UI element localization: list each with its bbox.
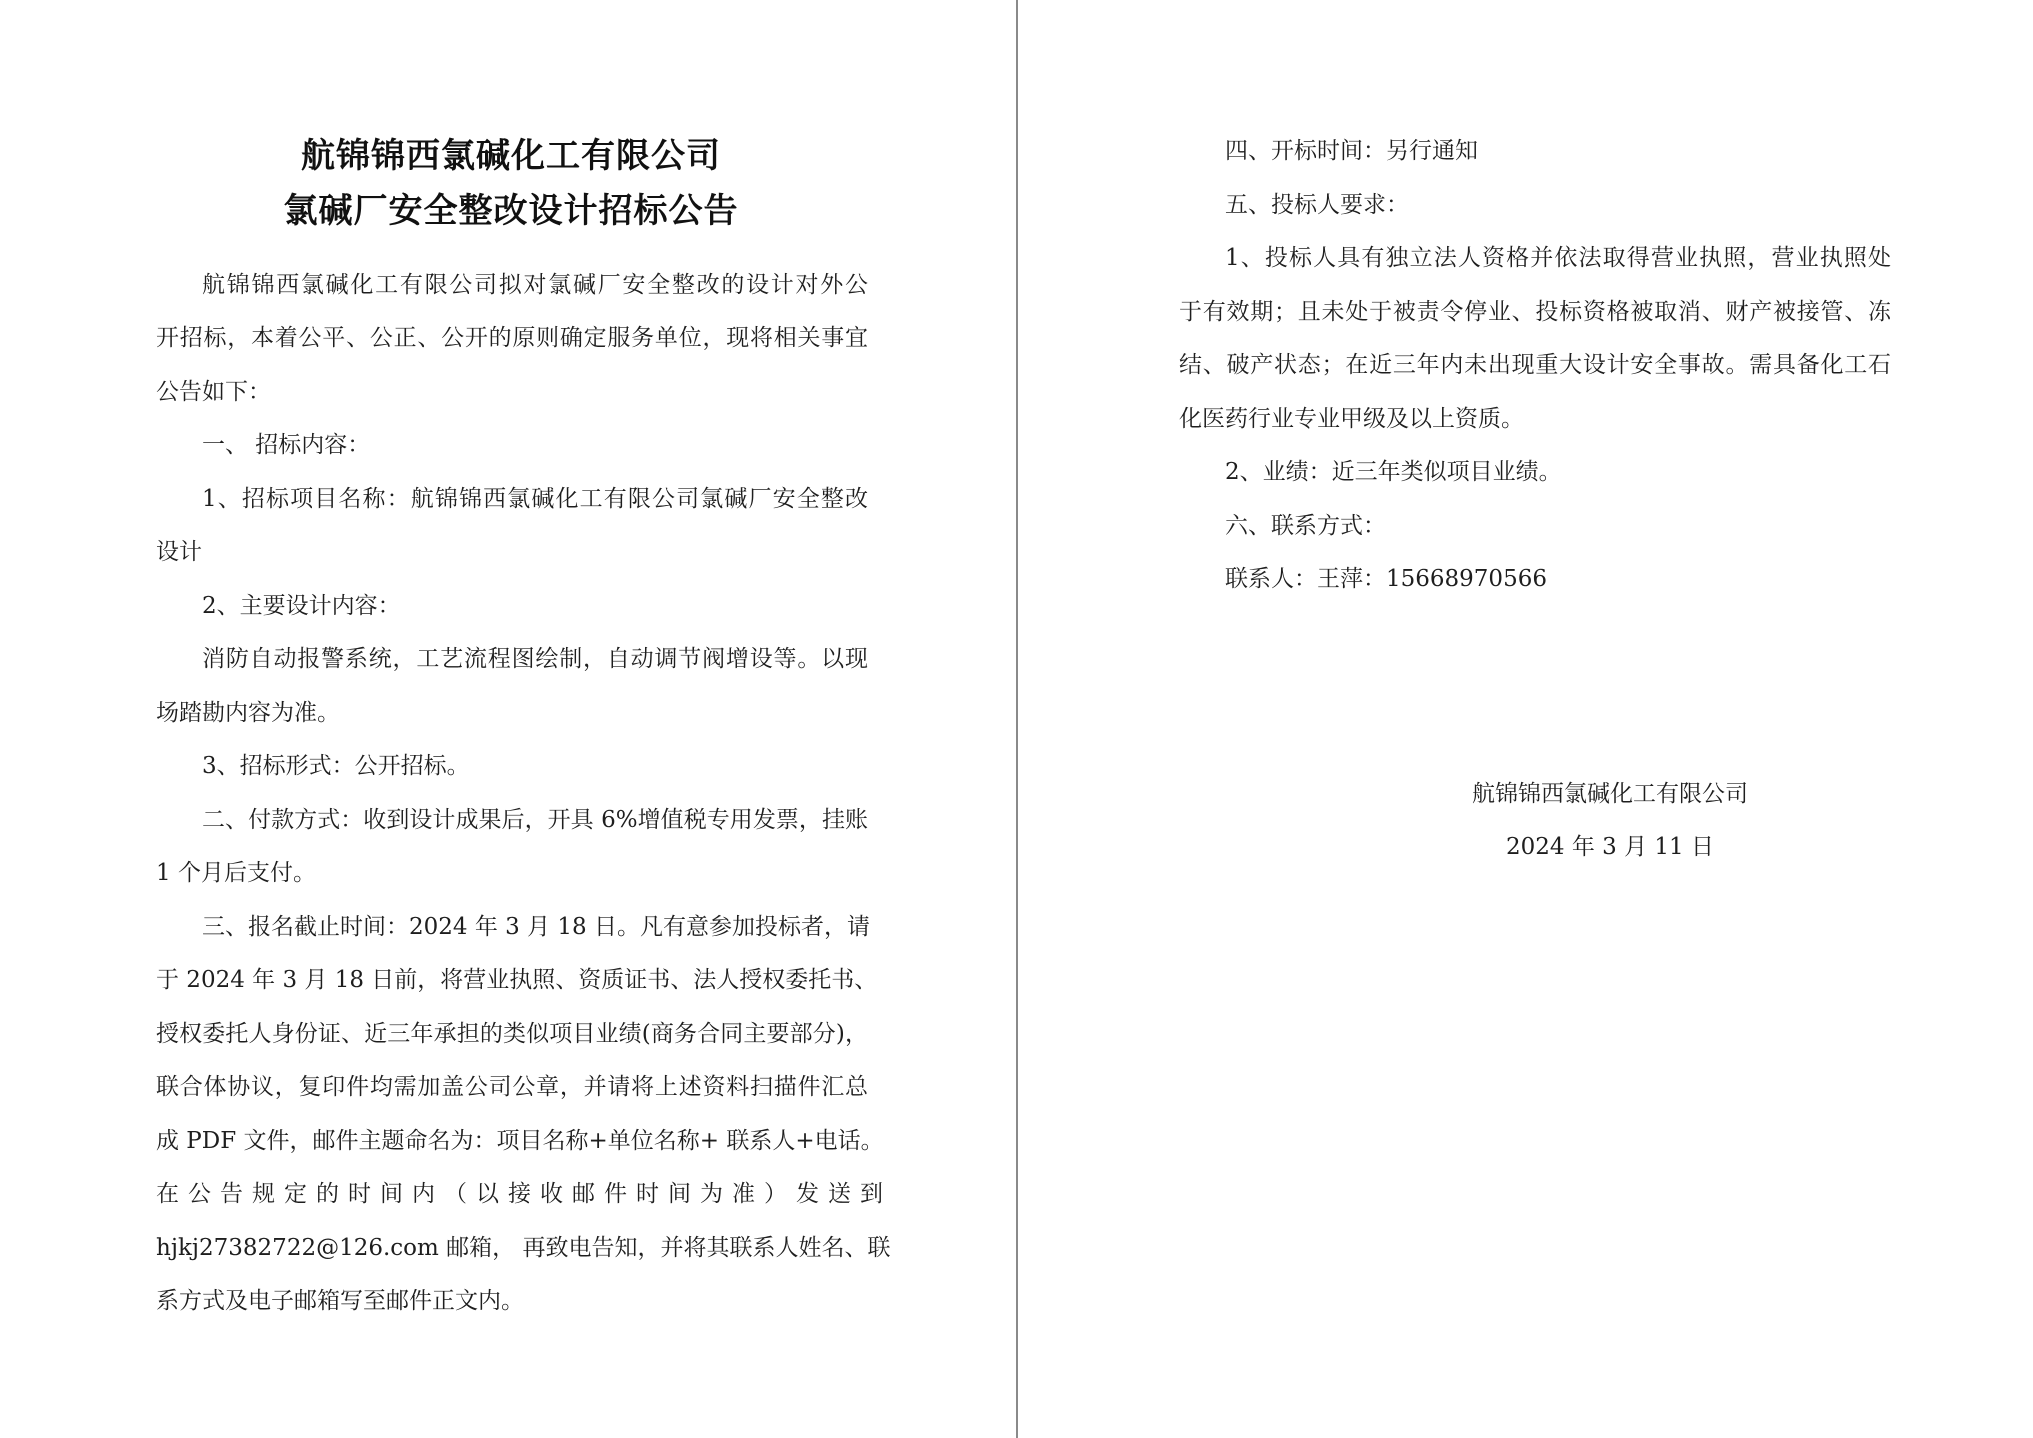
item-design-content-cont: 场踏勘内容为准。 (156, 698, 868, 728)
section-deadline-line: 于 2024 年 3 月 18 日前，将营业执照、资质证书、法人授权委托书、 (156, 965, 868, 995)
document-title-company: 航锦锦西氯碱化工有限公司 (156, 128, 866, 177)
section-deadline-line: 系方式及电子邮箱写至邮件正文内。 (156, 1286, 868, 1316)
paragraph-intro-line: 公告如下： (156, 377, 868, 407)
paragraph-intro-line: 航锦锦西氯碱化工有限公司拟对氯碱厂安全整改的设计对外公 (156, 270, 868, 300)
section-heading-bid-content: 一、 招标内容： (156, 430, 868, 460)
section-deadline-email-line: hjkj27382722@126.com 邮箱， 再致电告知，并将其联系人姓名、… (156, 1233, 868, 1263)
section-bidder-requirements: 五、投标人要求： (1179, 190, 1891, 220)
item-qualification-line: 于有效期；且未处于被责令停业、投标资格被取消、财产被接管、冻 (1179, 297, 1891, 327)
paragraph-intro-line: 开招标，本着公平、公正、公开的原则确定服务单位，现将相关事宜 (156, 323, 868, 353)
section-deadline-line: 在公告规定的时间内（以接收邮件时间为准）发送到 (156, 1179, 868, 1209)
section-payment-cont: 1 个月后支付。 (156, 858, 868, 888)
item-qualification-line: 化医药行业专业甲级及以上资质。 (1179, 404, 1891, 434)
section-deadline-line: 联合体协议，复印件均需加盖公司公章，并请将上述资料扫描件汇总 (156, 1072, 868, 1102)
item-design-content-heading: 2、主要设计内容： (156, 591, 868, 621)
document-title-notice: 氯碱厂安全整改设计招标公告 (156, 183, 866, 232)
section-bid-opening: 四、开标时间：另行通知 (1179, 136, 1891, 166)
section-deadline-line: 授权委托人身份证、近三年承担的类似项目业绩(商务合同主要部分)， (156, 1019, 868, 1049)
item-project-name-cont: 设计 (156, 537, 868, 567)
item-qualification-line: 结、破产状态；在近三年内未出现重大设计安全事故。需具备化工石 (1179, 350, 1891, 380)
page-divider (1016, 0, 1018, 1438)
item-project-name: 1、招标项目名称：航锦锦西氯碱化工有限公司氯碱厂安全整改 (156, 484, 868, 514)
signature-date: 2024 年 3 月 11 日 (1360, 832, 1860, 862)
section-contact: 六、联系方式： (1179, 511, 1891, 541)
item-performance: 2、业绩：近三年类似项目业绩。 (1179, 457, 1891, 487)
item-bid-form: 3、招标形式：公开招标。 (156, 751, 868, 781)
section-deadline-line: 成 PDF 文件，邮件主题命名为：项目名称+单位名称+ 联系人+电话。 (156, 1126, 868, 1156)
item-design-content: 消防自动报警系统，工艺流程图绘制，自动调节阀增设等。以现 (156, 644, 868, 674)
contact-person: 联系人：王萍：15668970566 (1179, 564, 1891, 594)
signature-company: 航锦锦西氯碱化工有限公司 (1360, 779, 1860, 809)
section-payment: 二、付款方式：收到设计成果后，开具 6%增值税专用发票，挂账 (156, 805, 868, 835)
item-qualification: 1、投标人具有独立法人资格并依法取得营业执照，营业执照处 (1179, 243, 1891, 273)
section-deadline: 三、报名截止时间：2024 年 3 月 18 日。凡有意参加投标者，请 (156, 912, 868, 942)
